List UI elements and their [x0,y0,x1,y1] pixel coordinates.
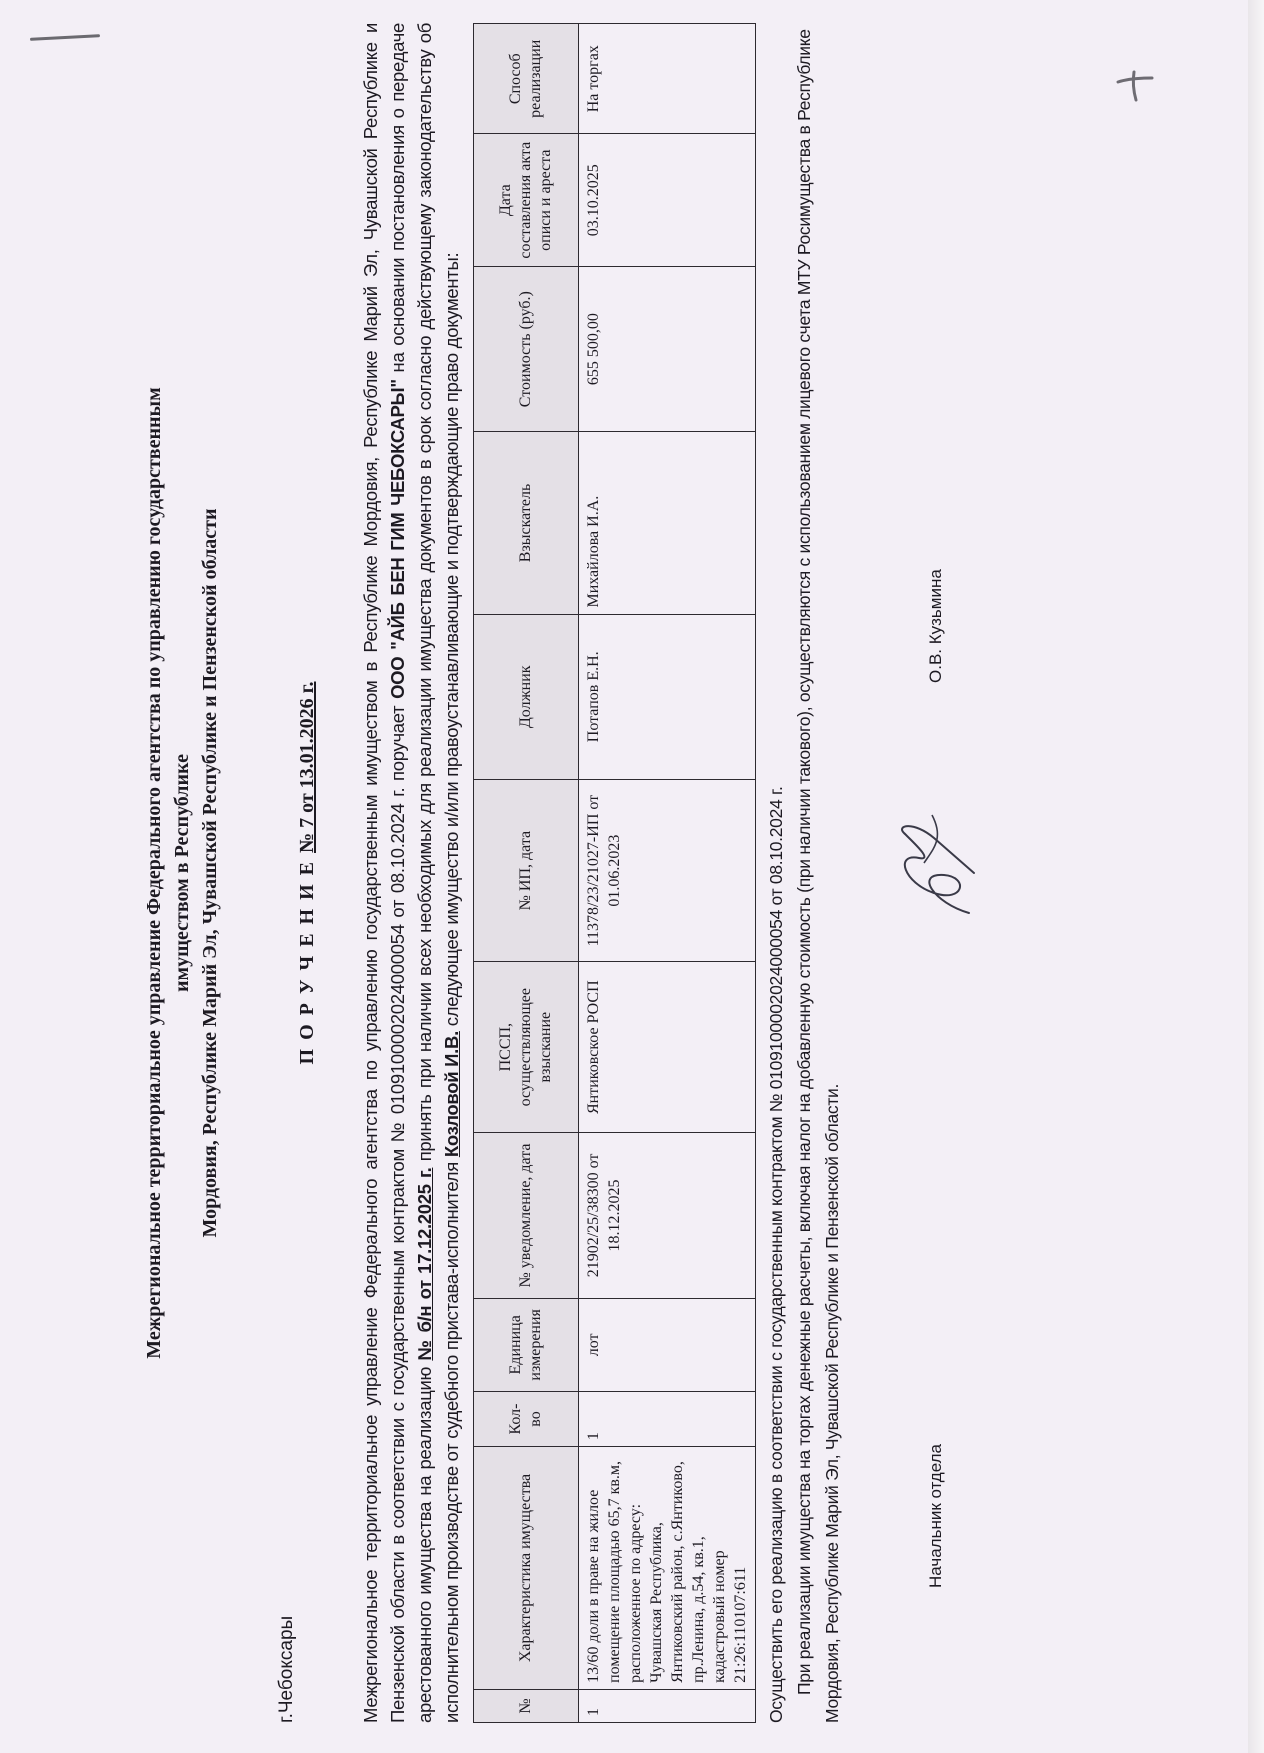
signer-position: Начальник отдела [926,1444,946,1588]
table-header-row: № Характеристика имущества Кол-во Единиц… [474,24,579,1723]
cell-notice: 21902/25/38300 от 18.12.2025 [579,1133,756,1299]
order-word: П О Р У Ч Е Н И Е [296,860,318,1064]
col-header-sale-method: Способ реализации [474,24,579,134]
cell-bailiff-dept: Янтиковское РОСП [579,962,756,1133]
cell-number: 1 [579,1689,756,1722]
col-header-number: № [474,1689,579,1722]
col-header-debtor: Должник [474,614,579,780]
cell-creditor: Михайлова И.А. [579,432,756,614]
contractor-name: ООО "АЙБ БЕН ГИМ ЧЕБОКСАРЫ" [387,379,408,699]
signer-name: О.В. Кузьмина [926,569,946,683]
cell-unit: лот [579,1298,756,1391]
col-header-creditor: Взыскатель [474,432,579,614]
col-header-cost: Стоимость (руб.) [474,266,579,432]
org-title-line2: Мордовия, Республике Марий Эл, Чувашской… [196,383,224,1363]
cell-case: 11378/23/21027-ИП от 01.06.2023 [579,780,756,962]
cell-debtor: Потапов Е.Н. [579,614,756,780]
resolution-number: № б/н от 17.12.2025 г. [414,1168,435,1361]
col-header-notice: № уведомление, дата [474,1133,579,1299]
col-header-property: Характеристика имущества [474,1447,579,1690]
cell-quantity: 1 [579,1391,756,1446]
footer-line-2: При реализации имущества на торгах денеж… [790,23,846,1723]
order-title: П О Р У Ч Е Н И Е № 7 от 13.01.2026 г. [296,23,319,1723]
body-text-4: следующее имущество и/или правоустанавли… [441,253,462,1031]
col-header-quantity: Кол-во [474,1391,579,1446]
col-header-arrest-date: Дата составления акта описи и ареста [474,134,579,266]
city: г.Чебоксары [276,23,298,1723]
cell-arrest-date: 03.10.2025 [579,134,756,266]
document-content: Межрегиональное территориальное управлен… [140,23,994,1723]
cell-sale-method: На торгах [579,24,756,134]
org-title-line1: Межрегиональное территориальное управлен… [140,383,196,1363]
footer-line-1: Осуществить его реализацию в соответстви… [762,23,790,1723]
cell-cost: 655 500,00 [579,266,756,432]
bailiff-name: Козловой И.В. [441,1031,462,1157]
organization-header: Межрегиональное территориальное управлен… [140,383,224,1363]
handwritten-signature-icon [874,803,984,933]
table-row: 1 13/60 доли в праве на жилое помещение … [579,24,756,1723]
property-table: № Характеристика имущества Кол-во Единиц… [473,23,756,1723]
col-header-bailiff-dept: ПССП, осуществляющее взыскание [474,962,579,1133]
col-header-unit: Единица измерения [474,1298,579,1391]
col-header-case: № ИП, дата [474,780,579,962]
order-number: № 7 от 13.01.2026 г. [296,682,318,853]
cell-property: 13/60 доли в праве на жилое помещение пл… [579,1447,756,1690]
rotated-document-page: Межрегиональное территориальное управлен… [0,0,1264,1753]
order-body-paragraph: Межрегиональное территориальное управлен… [357,23,465,1723]
signature-block: Начальник отдела О.В. Кузьмина [874,23,994,1723]
